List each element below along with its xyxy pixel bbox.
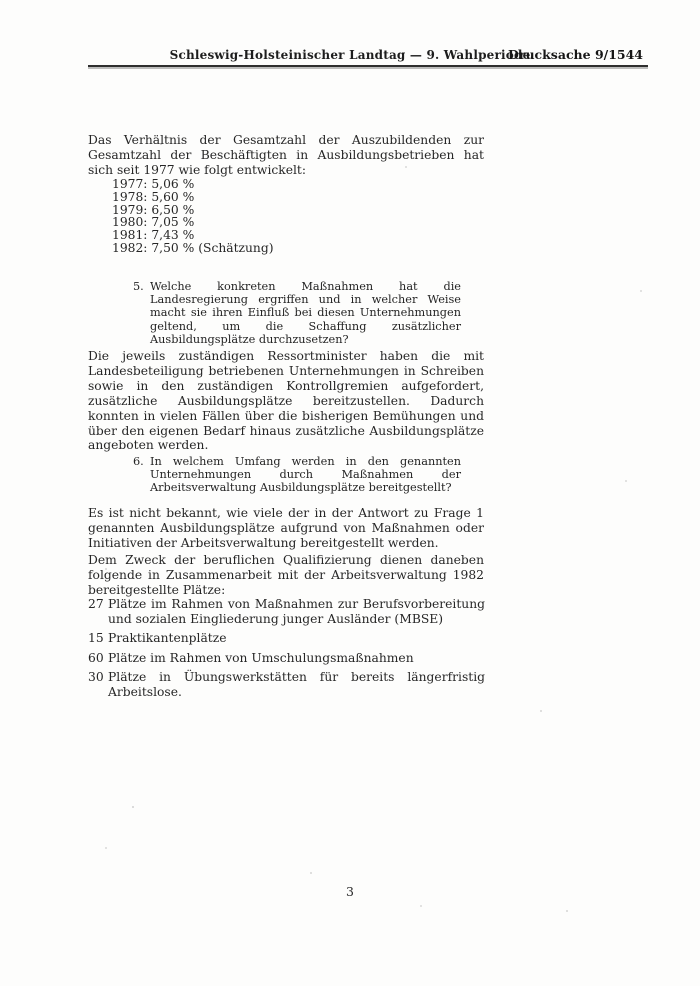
answer-6-paragraph-2: Dem Zweck der beruflichen Qualifizierung… xyxy=(88,553,484,598)
ratio-row-1982: 1982: 7,50 % (Schätzung) xyxy=(112,242,274,255)
place-text: Plätze im Rahmen von Maßnahmen zur Beruf… xyxy=(108,597,485,627)
question-5: 5. Welche konkreten Maßnahmen hat die La… xyxy=(133,280,461,346)
place-count: 27 xyxy=(88,597,108,627)
ratio-list: 1977: 5,06 % 1978: 5,60 % 1979: 6,50 % 1… xyxy=(112,178,274,255)
question-6-number: 6. xyxy=(133,455,150,495)
place-count: 30 xyxy=(88,670,108,700)
answer-6-paragraph-1: Es ist nicht bekannt, wie viele der in d… xyxy=(88,506,484,551)
question-6-text: In welchem Umfang werden in den genannte… xyxy=(150,455,461,495)
place-text: Praktikantenplätze xyxy=(108,631,485,646)
places-list: 27 Plätze im Rahmen von Maßnahmen zur Be… xyxy=(88,597,485,704)
place-text: Plätze in Übungswerkstätten für bereits … xyxy=(108,670,485,700)
place-text: Plätze im Rahmen von Umschulungsmaßnahme… xyxy=(108,651,485,666)
question-5-number: 5. xyxy=(133,280,150,346)
place-count: 15 xyxy=(88,631,108,646)
header-divider xyxy=(88,65,648,67)
list-item: 15 Praktikantenplätze xyxy=(88,631,485,646)
document-page: Schleswig-Holsteinischer Landtag — 9. Wa… xyxy=(0,0,700,986)
list-item: 30 Plätze in Übungswerkstätten für berei… xyxy=(88,670,485,700)
ratio-row-1978: 1978: 5,60 % xyxy=(112,191,274,204)
question-6: 6. In welchem Umfang werden in den genan… xyxy=(133,455,461,495)
page-number: 3 xyxy=(0,884,700,899)
scan-noise xyxy=(160,143,162,145)
list-item: 60 Plätze im Rahmen von Umschulungsmaßna… xyxy=(88,651,485,666)
question-5-text: Welche konkreten Maßnahmen hat die Lande… xyxy=(150,280,461,346)
intro-paragraph: Das Verhältnis der Gesamtzahl der Auszub… xyxy=(88,133,484,178)
list-item: 27 Plätze im Rahmen von Maßnahmen zur Be… xyxy=(88,597,485,627)
answer-5-paragraph: Die jeweils zuständigen Ressortminister … xyxy=(88,349,484,453)
place-count: 60 xyxy=(88,651,108,666)
document-reference: Drucksache 9/1544 xyxy=(508,47,643,62)
ratio-row-1977: 1977: 5,06 % xyxy=(112,178,274,191)
